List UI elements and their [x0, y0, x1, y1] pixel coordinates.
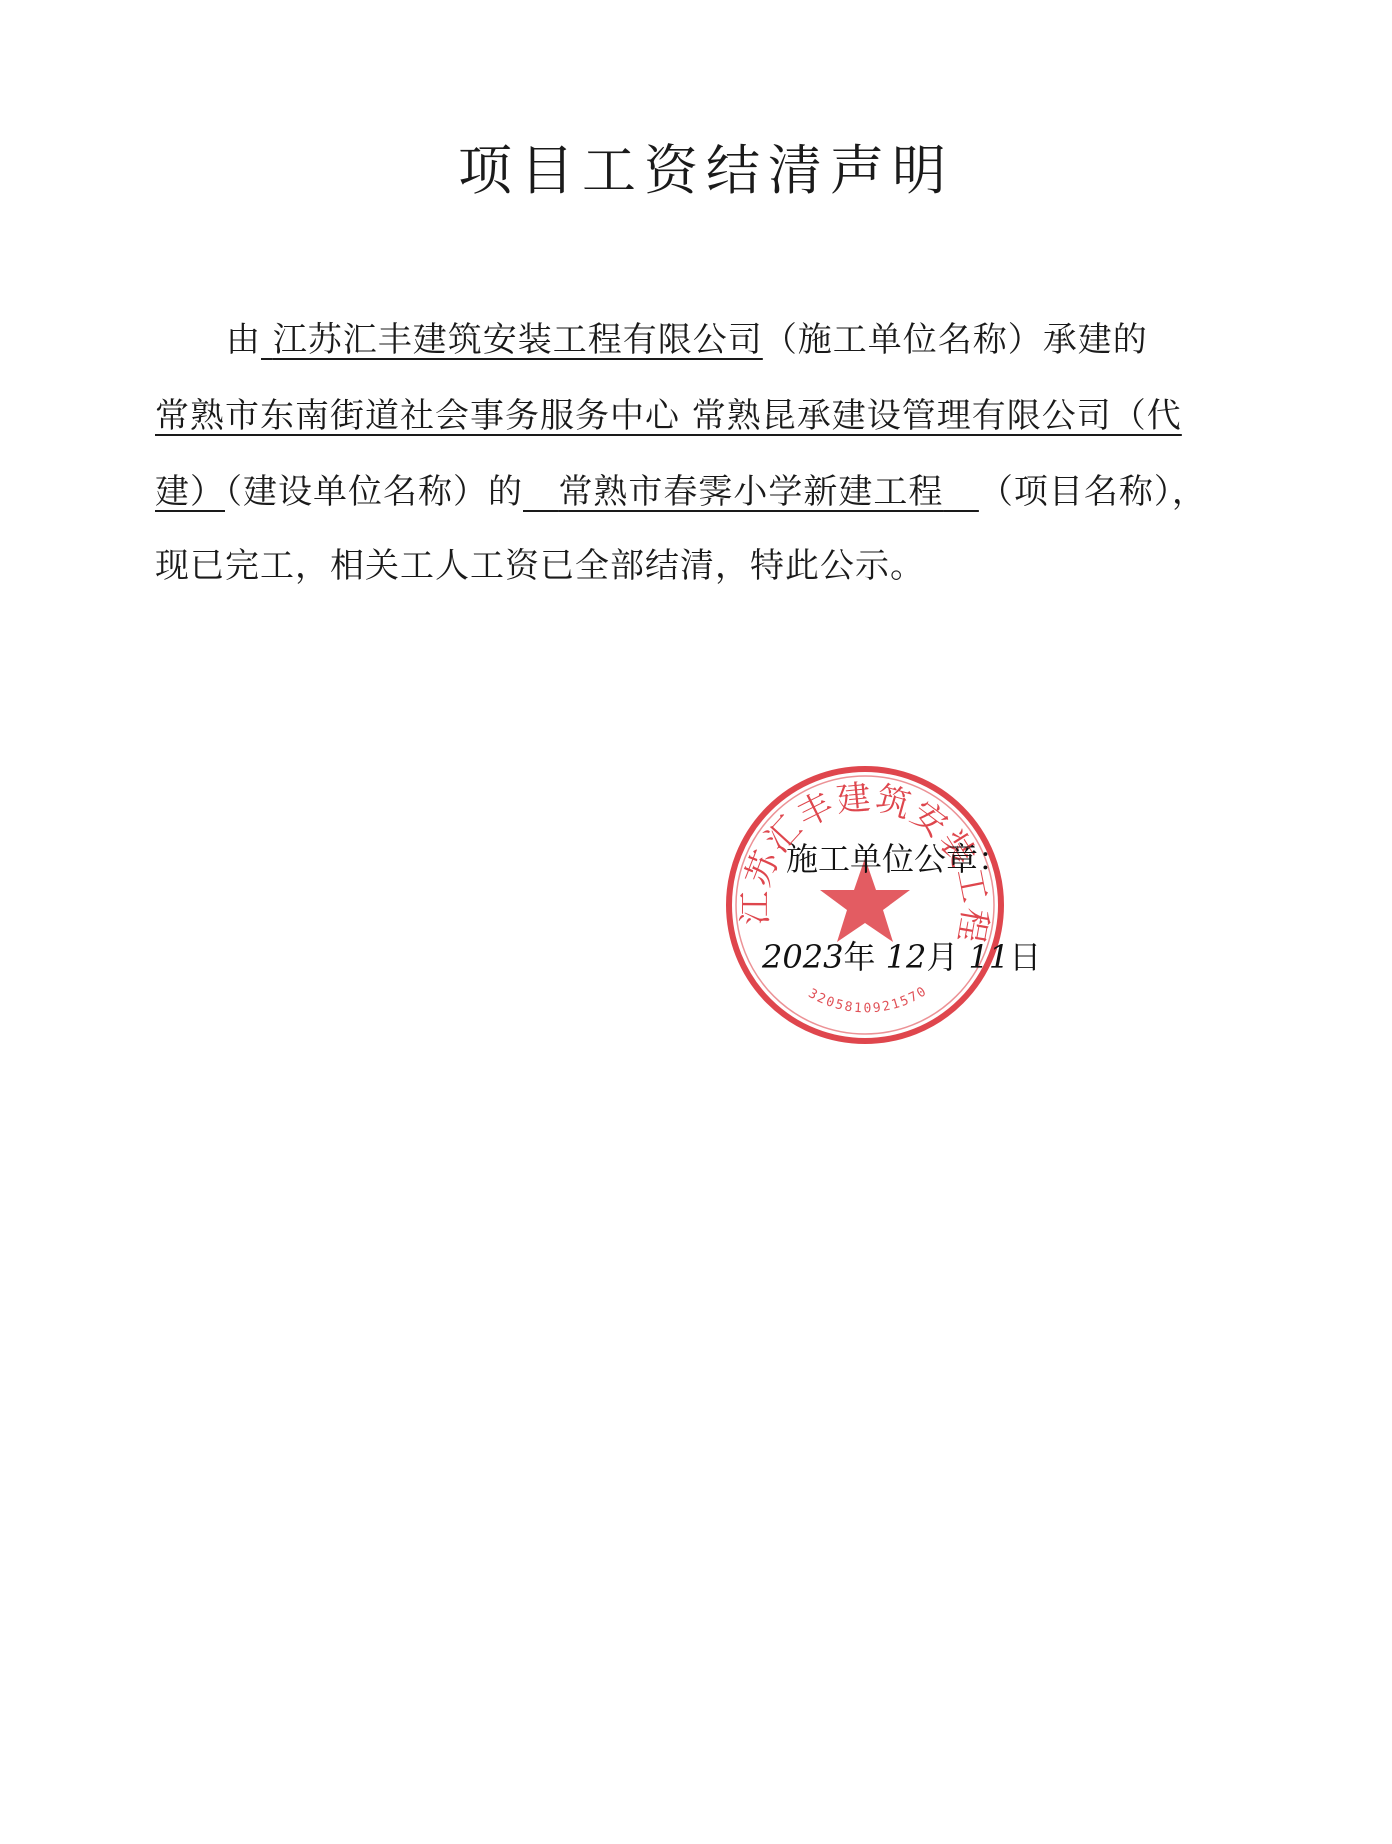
client-name-part2: 建） — [155, 472, 225, 512]
date-day-suffix: 日 — [1009, 938, 1041, 976]
svg-text:3205810921570: 3205810921570 — [806, 984, 931, 1017]
date-month-suffix: 月 — [926, 938, 958, 976]
paragraph-line-3: 建）（建设单位名称）的 常熟市春霁小学新建工程 （项目名称）， — [155, 472, 1207, 512]
signature-date: 2023年 12月 11日 — [762, 932, 1041, 978]
date-year-suffix: 年 — [843, 938, 875, 976]
document-title: 项目工资结清声明 — [0, 128, 1392, 205]
date-year: 2023 — [762, 938, 843, 976]
company-seal-stamp: 江苏汇丰建筑安装工程有限公司 3205810921570 — [722, 762, 1008, 1048]
contractor-label: （施工单位名称）承建的 — [763, 320, 1148, 360]
prefix-text: 由 — [226, 320, 261, 360]
paragraph-line-1: 由 江苏汇丰建筑安装工程有限公司（施工单位名称）承建的 — [226, 320, 1148, 360]
client-label: （建设单位名称）的 — [225, 472, 523, 512]
project-label: （项目名称）， — [979, 472, 1207, 512]
seal-label: 施工单位公章： — [786, 834, 1010, 880]
paragraph-line-4: 现已完工，相关工人工资已全部结清，特此公示。 — [155, 546, 925, 586]
project-name: 常熟市春霁小学新建工程 — [523, 472, 979, 512]
closing-text: 现已完工，相关工人工资已全部结清，特此公示。 — [155, 546, 925, 586]
client-name-part1: 常熟市东南街道社会事务服务中心 常熟昆承建设管理有限公司（代 — [155, 396, 1182, 436]
seal-icon: 江苏汇丰建筑安装工程有限公司 3205810921570 — [722, 762, 1008, 1048]
date-day: 11 — [969, 938, 1010, 976]
date-month: 12 — [886, 938, 927, 976]
contractor-name: 江苏汇丰建筑安装工程有限公司 — [261, 320, 763, 360]
document-page: 项目工资结清声明 由 江苏汇丰建筑安装工程有限公司（施工单位名称）承建的 常熟市… — [0, 0, 1392, 1844]
paragraph-line-2: 常熟市东南街道社会事务服务中心 常熟昆承建设管理有限公司（代 — [155, 396, 1182, 436]
